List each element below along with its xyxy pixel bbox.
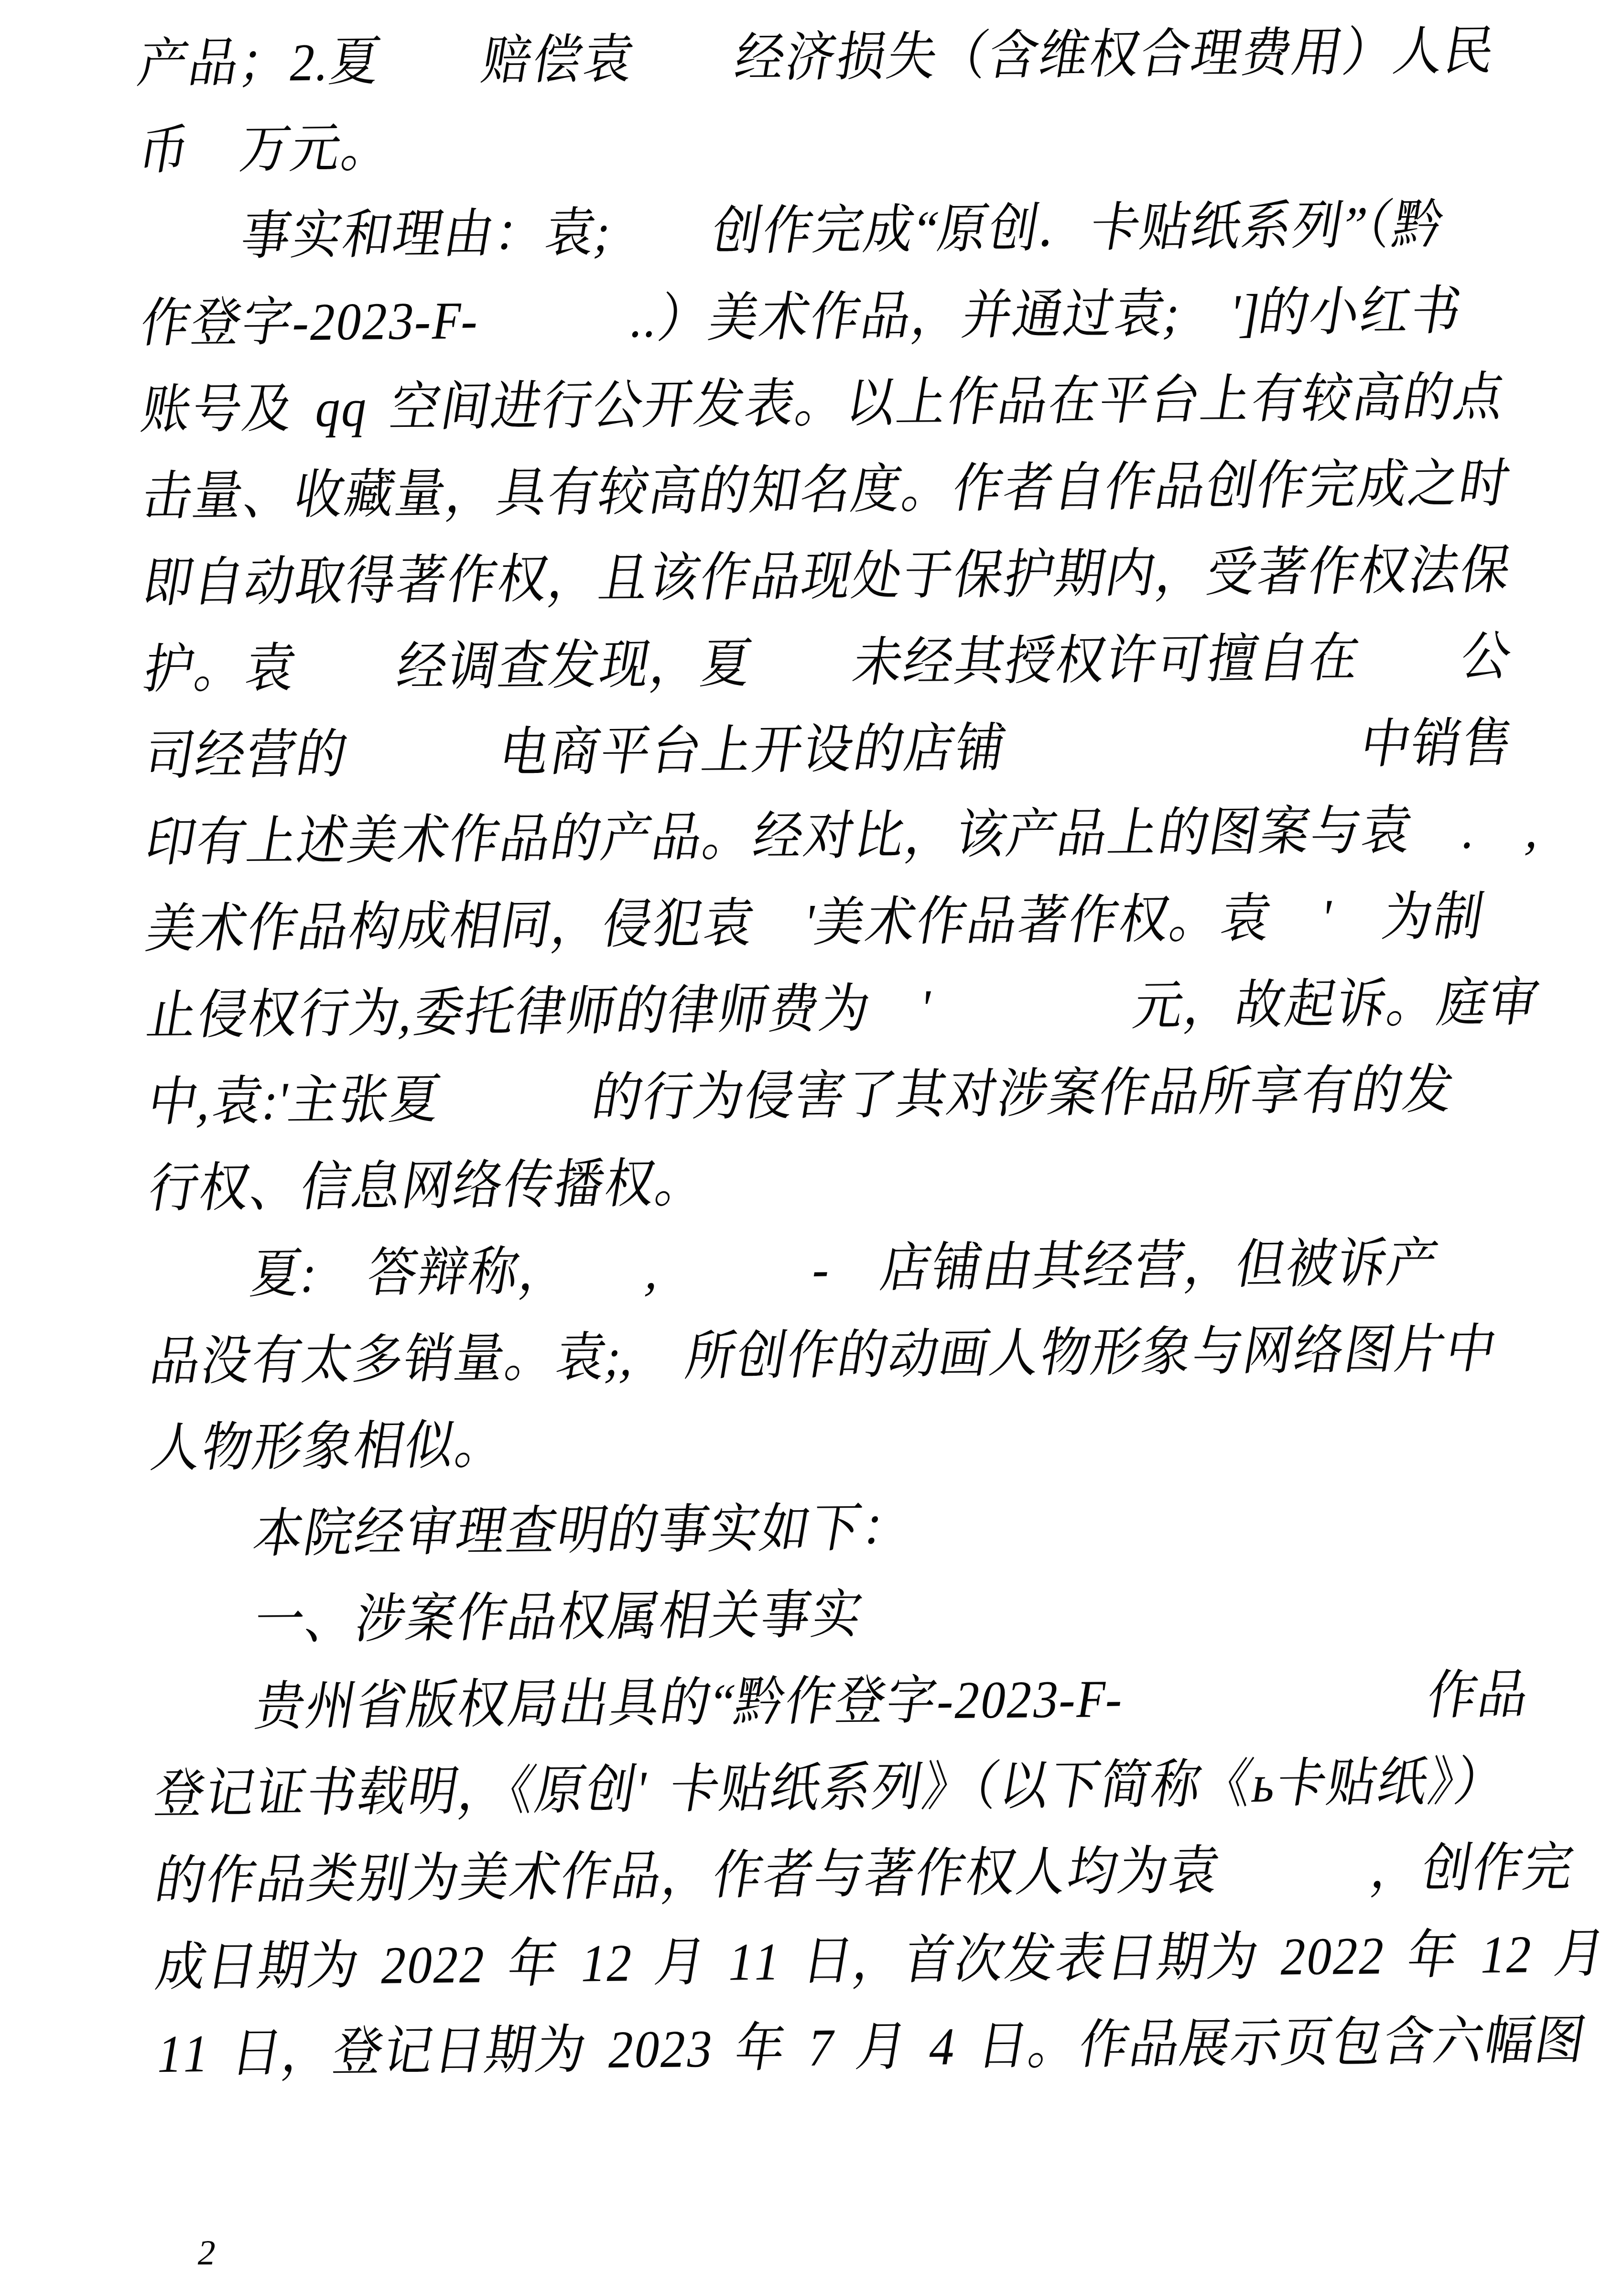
scanned-document-page: 产品；2.夏 赔偿袁 经济损失（含维权合理费用）人民 币 万元。 事实和理由：袁… <box>0 0 1623 2296</box>
document-body: 产品；2.夏 赔偿袁 经济损失（含维权合理费用）人民 币 万元。 事实和理由：袁… <box>130 11 1565 2101</box>
text-line: 11 日，登记日期为 2023 年 7 月 4 日。作品展示页包含六幅图 <box>150 1994 1580 2101</box>
page-number: 2 <box>194 2227 220 2279</box>
